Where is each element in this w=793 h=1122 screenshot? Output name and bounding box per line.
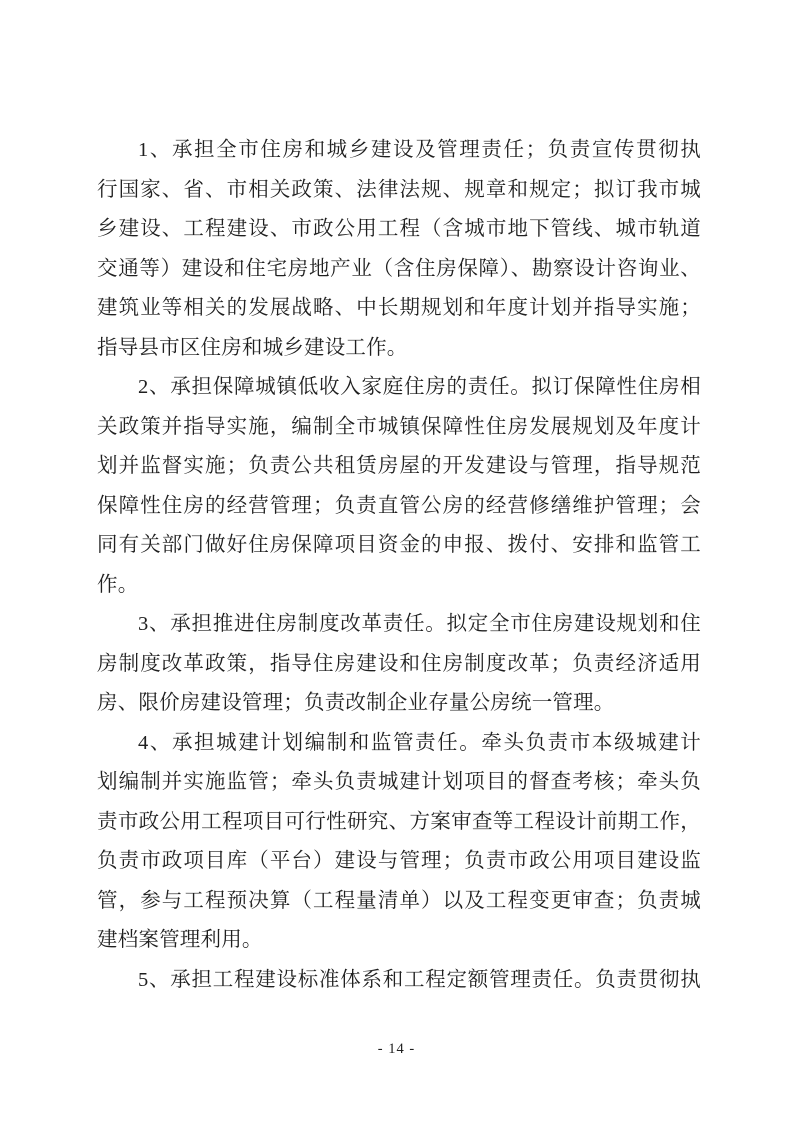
paragraph-4: 4、承担城建计划编制和监管责任。牵头负责市本级城建计 划编制并实施监管；牵头负责… [97, 724, 701, 961]
document-page: 1、承担全市住房和城乡建设及管理责任；负责宣传贯彻执 行国家、省、市相关政策、法… [0, 0, 793, 1122]
text-line: 负责市政项目库（平台）建设与管理；负责市政公用项目建设监 [97, 842, 701, 882]
text-line: 房制度改革政策，指导住房建设和住房制度改革；负责经济适用 [97, 645, 701, 685]
text-line: 2、承担保障城镇低收入家庭住房的责任。拟订保障性住房相 [97, 368, 701, 408]
text-line: 房、限价房建设管理；负责改制企业存量公房统一管理。 [97, 684, 701, 724]
paragraph-2: 2、承担保障城镇低收入家庭住房的责任。拟订保障性住房相 关政策并指导实施，编制全… [97, 368, 701, 605]
text-line: 交通等）建设和住宅房地产业（含住房保障）、勘察设计咨询业、 [97, 250, 701, 290]
text-line: 3、承担推进住房制度改革责任。拟定全市住房建设规划和住 [97, 605, 701, 645]
text-line: 行国家、省、市相关政策、法律法规、规章和规定；拟订我市城 [97, 171, 701, 211]
paragraph-1: 1、承担全市住房和城乡建设及管理责任；负责宣传贯彻执 行国家、省、市相关政策、法… [97, 131, 701, 368]
text-line: 5、承担工程建设标准体系和工程定额管理责任。负责贯彻执 [97, 961, 701, 1001]
text-line: 建筑业等相关的发展战略、中长期规划和年度计划并指导实施； [97, 289, 701, 329]
text-line: 乡建设、工程建设、市政公用工程（含城市地下管线、城市轨道 [97, 210, 701, 250]
text-line: 保障性住房的经营管理；负责直管公房的经营修缮维护管理；会 [97, 487, 701, 527]
paragraph-5: 5、承担工程建设标准体系和工程定额管理责任。负责贯彻执 [97, 961, 701, 1001]
text-line: 关政策并指导实施，编制全市城镇保障性住房发展规划及年度计 [97, 408, 701, 448]
text-line: 责市政公用工程项目可行性研究、方案审查等工程设计前期工作， [97, 803, 701, 843]
text-line: 划并监督实施；负责公共租赁房屋的开发建设与管理，指导规范 [97, 447, 701, 487]
text-line: 指导县市区住房和城乡建设工作。 [97, 329, 701, 369]
text-line: 同有关部门做好住房保障项目资金的申报、拨付、安排和监管工 [97, 526, 701, 566]
document-body: 1、承担全市住房和城乡建设及管理责任；负责宣传贯彻执 行国家、省、市相关政策、法… [97, 131, 701, 1000]
text-line: 1、承担全市住房和城乡建设及管理责任；负责宣传贯彻执 [97, 131, 701, 171]
text-line: 划编制并实施监管；牵头负责城建计划项目的督查考核；牵头负 [97, 763, 701, 803]
text-line: 作。 [97, 566, 701, 606]
text-line: 4、承担城建计划编制和监管责任。牵头负责市本级城建计 [97, 724, 701, 764]
paragraph-3: 3、承担推进住房制度改革责任。拟定全市住房建设规划和住 房制度改革政策，指导住房… [97, 605, 701, 724]
page-number: - 14 - [0, 1041, 793, 1058]
text-line: 管，参与工程预决算（工程量清单）以及工程变更审查；负责城 [97, 882, 701, 922]
text-line: 建档案管理利用。 [97, 921, 701, 961]
